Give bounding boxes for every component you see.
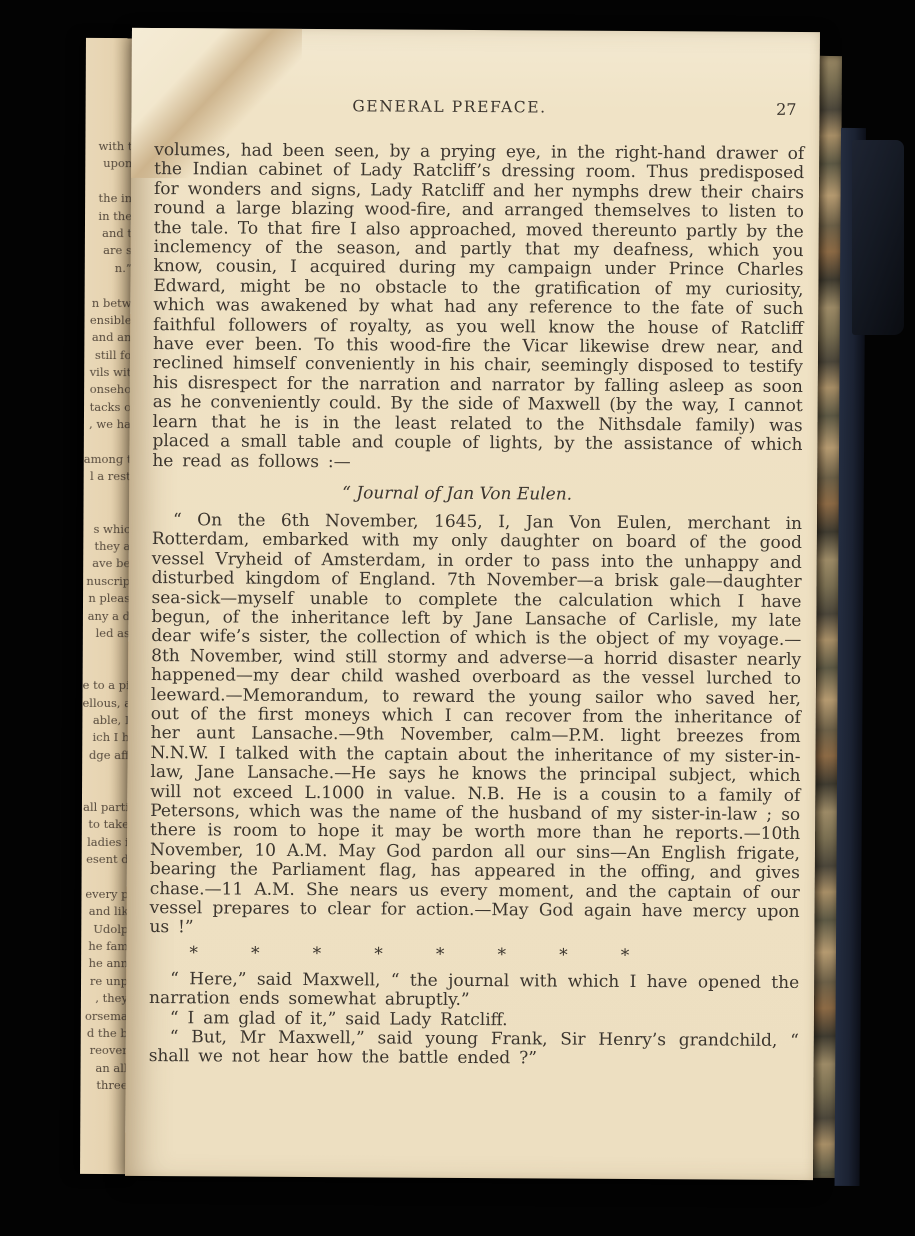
- text-fragment: he ann: [81, 955, 131, 973]
- running-head: GENERAL PREFACE. 27: [154, 96, 804, 122]
- text-fragment: an all: [81, 1060, 131, 1078]
- text-fragment: onseho: [84, 381, 134, 399]
- text-fragment: tacks o: [84, 399, 134, 417]
- asterisk-glyph: *: [436, 945, 445, 965]
- paragraph-preface-continuation: volumes, had been seen, by a prying eye,…: [152, 141, 804, 475]
- text-fragment: n pleas: [83, 590, 133, 608]
- asterisk-glyph: *: [497, 945, 506, 965]
- paragraph-journal-entries: “ On the 6th November, 1645, I, Jan Von …: [149, 511, 802, 942]
- text-fragment: among t: [84, 451, 134, 469]
- text-fragment: ensible: [84, 312, 134, 330]
- text-fragment: any a d: [83, 607, 133, 625]
- text-fragment: all parti: [82, 799, 132, 817]
- text-fragment: n.”: [85, 260, 135, 278]
- journal-heading: “ Journal of Jan Von Eulen.: [152, 482, 762, 506]
- text-fragment: orsema: [81, 1007, 131, 1025]
- text-fragment: led as: [83, 625, 133, 643]
- asterisk-glyph: *: [621, 946, 630, 966]
- photo-backdrop: with tuponthe inin theand tare sn.”n bet…: [0, 0, 915, 1236]
- text-fragment: every p: [81, 886, 131, 904]
- asterisk-glyph: *: [559, 945, 568, 965]
- text-fragment: nuscrip: [83, 573, 133, 591]
- text-fragment: [82, 764, 132, 782]
- text-fragment: are s: [85, 242, 135, 260]
- asterisk-divider: ********: [189, 943, 629, 966]
- book-cover-corner: [852, 140, 904, 335]
- text-fragment: l a rest: [84, 468, 134, 486]
- text-fragment: ich I h: [82, 729, 132, 747]
- text-fragment: [83, 503, 133, 521]
- page-title: GENERAL PREFACE.: [124, 96, 774, 118]
- text-fragment: and t: [85, 225, 135, 243]
- text-fragment: [83, 642, 133, 660]
- text-fragment: [85, 173, 135, 191]
- text-fragment: esent d: [82, 851, 132, 869]
- page-content: GENERAL PREFACE. 27 volumes, had been se…: [126, 28, 820, 1071]
- paragraph-frank-speech: “ But, Mr Maxwell,” said young Frank, Si…: [149, 1028, 799, 1071]
- text-fragment: and an: [84, 329, 134, 347]
- text-fragment: to take: [82, 816, 132, 834]
- text-fragment: s whic: [83, 520, 133, 538]
- asterisk-glyph: *: [374, 944, 383, 964]
- text-fragment: e to a pi: [83, 677, 133, 695]
- text-fragment: with t: [85, 138, 135, 156]
- asterisk-glyph: *: [189, 943, 198, 963]
- text-fragment: they a: [83, 538, 133, 556]
- text-fragment: ladies i: [82, 833, 132, 851]
- text-fragment: ave be: [83, 555, 133, 573]
- text-fragment: re unp: [81, 973, 131, 991]
- text-fragment: [85, 277, 135, 295]
- text-fragment: dge aff: [82, 747, 132, 765]
- text-fragment: [84, 434, 134, 452]
- text-fragment: ellous, a: [82, 694, 132, 712]
- text-fragment: vils wit: [84, 364, 134, 382]
- text-fragment: able, I: [82, 712, 132, 730]
- text-fragment: upon: [85, 155, 135, 173]
- text-fragment: [83, 660, 133, 678]
- text-fragment: [82, 781, 132, 799]
- text-fragment: , we ha: [84, 416, 134, 434]
- text-fragment: Udolp: [81, 920, 131, 938]
- text-fragment: [82, 868, 132, 886]
- text-fragment: still fo: [84, 347, 134, 365]
- text-fragment: he fam: [81, 938, 131, 956]
- book-page: GENERAL PREFACE. 27 volumes, had been se…: [125, 28, 820, 1180]
- text-fragment: and lik: [81, 903, 131, 921]
- text-fragment: reover: [81, 1042, 131, 1060]
- text-fragment: [84, 486, 134, 504]
- page-number: 27: [776, 100, 796, 119]
- paragraph-maxwell-speech: “ Here,” said Maxwell, “ the journal wit…: [149, 970, 799, 1013]
- asterisk-glyph: *: [251, 943, 260, 963]
- text-fragment: n betw: [85, 294, 135, 312]
- text-fragment: the in: [85, 190, 135, 208]
- asterisk-glyph: *: [313, 944, 322, 964]
- text-fragment: in the: [85, 207, 135, 225]
- text-fragment: three: [80, 1077, 130, 1095]
- text-fragment: d the b: [81, 1025, 131, 1043]
- text-fragment: , they: [81, 990, 131, 1008]
